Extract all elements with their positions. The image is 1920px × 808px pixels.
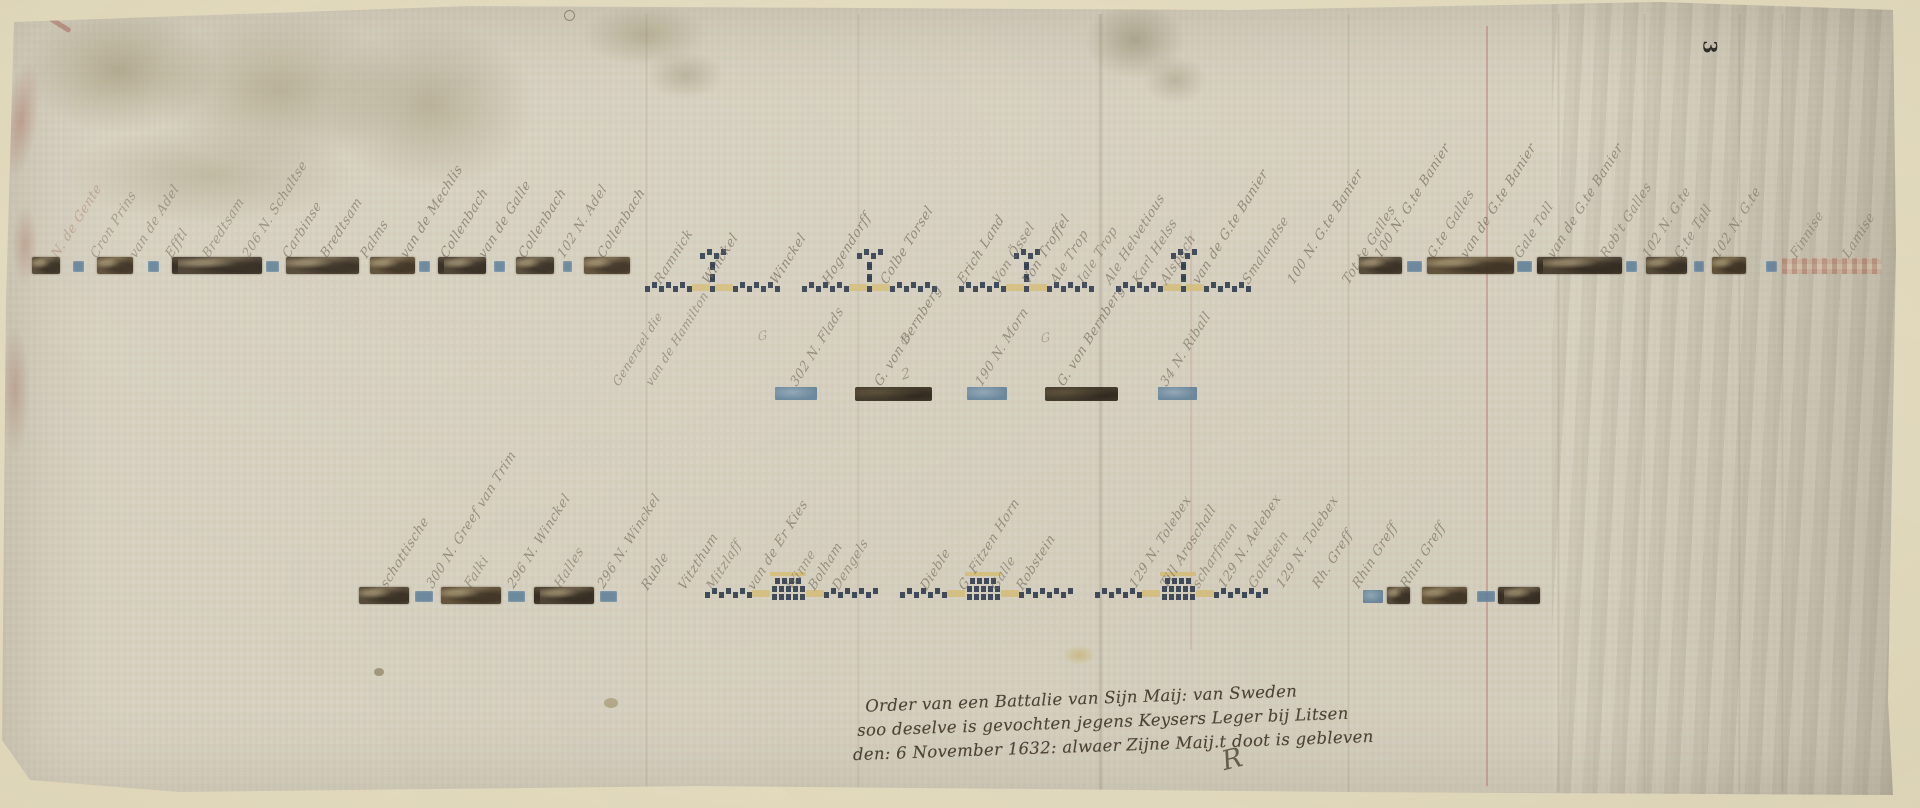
soldier-square [802,286,807,292]
soldier-square [837,282,842,288]
reserve-bar-blue [1158,387,1197,400]
spacer [1410,603,1422,604]
spacer [359,273,370,274]
soldier-square [907,588,912,594]
soldier-square [1102,588,1107,594]
soldier-square [816,286,821,292]
soldier-square [1190,586,1195,592]
soldier-square [914,592,919,598]
pike-bar [1142,590,1160,597]
soldier-square [959,286,964,292]
reserve-bar-blue [967,387,1007,400]
soldier-square [768,282,773,288]
rear-line-right-cavalry [1363,586,1540,604]
unit-label: G [1040,329,1051,346]
soldier-square [786,594,791,600]
spacer [554,273,563,274]
pike-rank [967,594,1000,600]
soldier-square [1218,286,1223,292]
pike-bar [715,284,733,291]
soldier-square [1204,286,1209,292]
infantry-block [1712,257,1746,274]
soldier-square [873,588,878,594]
soldier-square [733,286,738,292]
pike-crest [857,253,883,259]
spacer [1777,273,1782,274]
musketeer-file [900,592,947,598]
infantry-block [516,257,554,274]
soldier-square [1130,286,1135,292]
soldier-square [1232,286,1237,292]
soldier-square [988,594,993,600]
pike-bar [849,284,867,291]
infantry-block [1422,587,1467,604]
soldier-square [779,594,784,600]
soldier-square [1047,592,1052,598]
spacer [1746,273,1766,274]
soldier-square [779,586,784,592]
soldier-square [867,264,872,270]
spacer [1637,273,1646,274]
rear-line-left-cavalry [359,586,617,604]
soldier-square [935,588,940,594]
soldier-square [824,592,829,598]
soldier-square [981,594,986,600]
spacer [594,603,600,604]
soldier-square [1214,592,1219,598]
blue-squadron-marker [1477,591,1495,602]
infantry-block [359,587,409,604]
folio-number: 3 [1699,40,1721,53]
spacer [409,603,415,604]
spacer [279,273,286,274]
soldier-square [1228,592,1233,598]
soldier-square [1019,592,1024,598]
soldier-square [857,253,862,259]
spacer [433,603,441,604]
soldier-square [809,282,814,288]
soldier-square [680,282,685,288]
reserve-bar-blue [775,387,817,400]
spacer [1514,273,1517,274]
spacer [262,273,266,274]
soldier-square [754,282,759,288]
spacer [415,273,419,274]
musketeer-file [802,286,849,292]
soldier-square [1061,592,1066,598]
blue-squadron-marker [1694,261,1704,272]
soldier-square [652,282,657,288]
soldier-square [700,253,705,259]
spacer [572,273,584,274]
spacer [1007,400,1045,401]
soldier-square [772,594,777,600]
blue-squadron-marker [1517,261,1532,272]
soldier-square [987,286,992,292]
blue-squadron-marker [508,591,525,602]
soldier-square [852,592,857,598]
soldier-square [1181,276,1186,282]
pike-bar [1006,284,1024,291]
soldier-square [967,594,972,600]
soldier-square [747,286,752,292]
soldier-square [772,586,777,592]
soldier-square [726,588,731,594]
blue-squadron-marker [600,591,617,602]
spacer [1118,400,1158,401]
soldier-square [1183,586,1188,592]
spacer [1402,273,1407,274]
soldier-square [1061,286,1066,292]
soldier-square [775,578,780,584]
soldier-square [977,578,982,584]
soldier-square [1176,594,1181,600]
soldier-square [761,286,766,292]
spacer [501,603,508,604]
soldier-square [1040,588,1045,594]
blue-squadron-marker [1407,261,1422,272]
soldier-square [666,282,671,288]
soldier-square [1235,588,1240,594]
soldier-square [1047,286,1052,292]
soldier-square [800,594,805,600]
soldier-square [981,586,986,592]
manuscript-paper: N. de GenteCron Prinsvan de AdelEfftlBre… [0,0,1920,808]
soldier-square [740,282,745,288]
infantry-block [32,257,60,274]
blue-squadron-marker [419,261,430,272]
soldier-square [1256,592,1261,598]
soldier-square [1033,592,1038,598]
spacer [1422,273,1427,274]
spacer [133,273,148,274]
reserve-bar-dark [855,387,932,401]
soldier-square [878,249,883,255]
ink-ring-mark [564,10,575,21]
soldier-square [1190,594,1195,600]
pike-rank [1162,594,1195,600]
blue-squadron-marker [148,261,159,272]
spacer [1073,599,1095,600]
musketeer-file [705,592,752,598]
soldier-square [980,282,985,288]
soldier-square [1089,286,1094,292]
reserve-bar-blue [1363,590,1383,603]
soldier-square [800,586,805,592]
pike-bar [1001,590,1019,597]
soldier-square [1176,586,1181,592]
soldier-square [897,282,902,288]
soldier-square [1068,588,1073,594]
blue-squadron-marker [73,261,84,272]
blue-squadron-marker [1626,261,1637,272]
soldier-square [1179,578,1184,584]
musketeer-file [1204,286,1251,292]
infantry-block [438,257,486,274]
soldier-square [705,592,710,598]
musketeer-file [1019,592,1073,598]
soldier-square [1263,588,1268,594]
blue-squadron-marker [266,261,279,272]
spacer [1622,273,1626,274]
musketeer-file [1214,592,1268,598]
spacer [60,273,73,274]
reserve-bar-dark [1045,387,1118,401]
spacer [1704,273,1712,274]
soldier-square [1225,282,1230,288]
soldier-square [1054,588,1059,594]
spacer [430,273,438,274]
musketeer-file [733,286,780,292]
soldier-square [900,592,905,598]
soldier-square [1144,286,1149,292]
soldier-square [1239,282,1244,288]
soldier-square [918,286,923,292]
soldier-square [890,286,895,292]
soldier-square [1183,594,1188,600]
musketeer-file [824,592,878,598]
spacer [878,599,900,600]
spacer [932,400,967,401]
musketeer-file [1095,592,1142,598]
soldier-square [1211,282,1216,288]
spacer [817,400,855,401]
musketeer-file [645,286,692,292]
soldier-square [645,286,650,292]
spacer [1467,603,1477,604]
spacer [159,273,172,274]
soldier-square [740,588,745,594]
spacer [84,273,97,274]
soldier-square [733,592,738,598]
soldier-square [1123,592,1128,598]
spacer [505,273,516,274]
soldier-square [707,249,712,255]
soldier-square [1109,592,1114,598]
spacer [525,603,534,604]
infantry-block [286,257,359,274]
soldier-square [1162,594,1167,600]
soldier-square [845,588,850,594]
blue-squadron-marker [494,261,505,272]
soldier-square [719,592,724,598]
middle-reserve-squadrons [775,386,1197,401]
soldier-square [1068,282,1073,288]
infantry-block [1498,587,1540,604]
blue-squadron-marker [1766,261,1777,272]
spacer [486,273,494,274]
soldier-square [1116,588,1121,594]
soldier-square [793,594,798,600]
unit-label: G [757,327,768,344]
soldier-square [974,586,979,592]
soldier-square [1242,592,1247,598]
infantry-block [97,257,133,274]
soldier-square [904,286,909,292]
spacer [1532,273,1537,274]
soldier-square [1075,286,1080,292]
soldier-square [995,594,1000,600]
soldier-square [871,253,876,259]
pike-rank [772,594,805,600]
spacer [1687,273,1694,274]
soldier-square [864,249,869,255]
soldier-square [1095,592,1100,598]
soldier-square [673,286,678,292]
spacer [780,293,802,294]
pike-bar [947,590,965,597]
soldier-square [911,282,916,288]
soldier-square [1169,594,1174,600]
soldier-square [866,592,871,598]
soldier-square [867,276,872,282]
soldier-square [859,588,864,594]
scan-vignette [0,0,1920,808]
pike-bar [1196,590,1214,597]
soldier-square [974,594,979,600]
blue-squadron-marker [415,591,433,602]
scanned-battle-plan: N. de GenteCron Prinsvan de AdelEfftlBre… [0,0,1920,808]
soldier-square [973,286,978,292]
blue-squadron-marker [563,261,572,272]
soldier-square [1151,282,1156,288]
